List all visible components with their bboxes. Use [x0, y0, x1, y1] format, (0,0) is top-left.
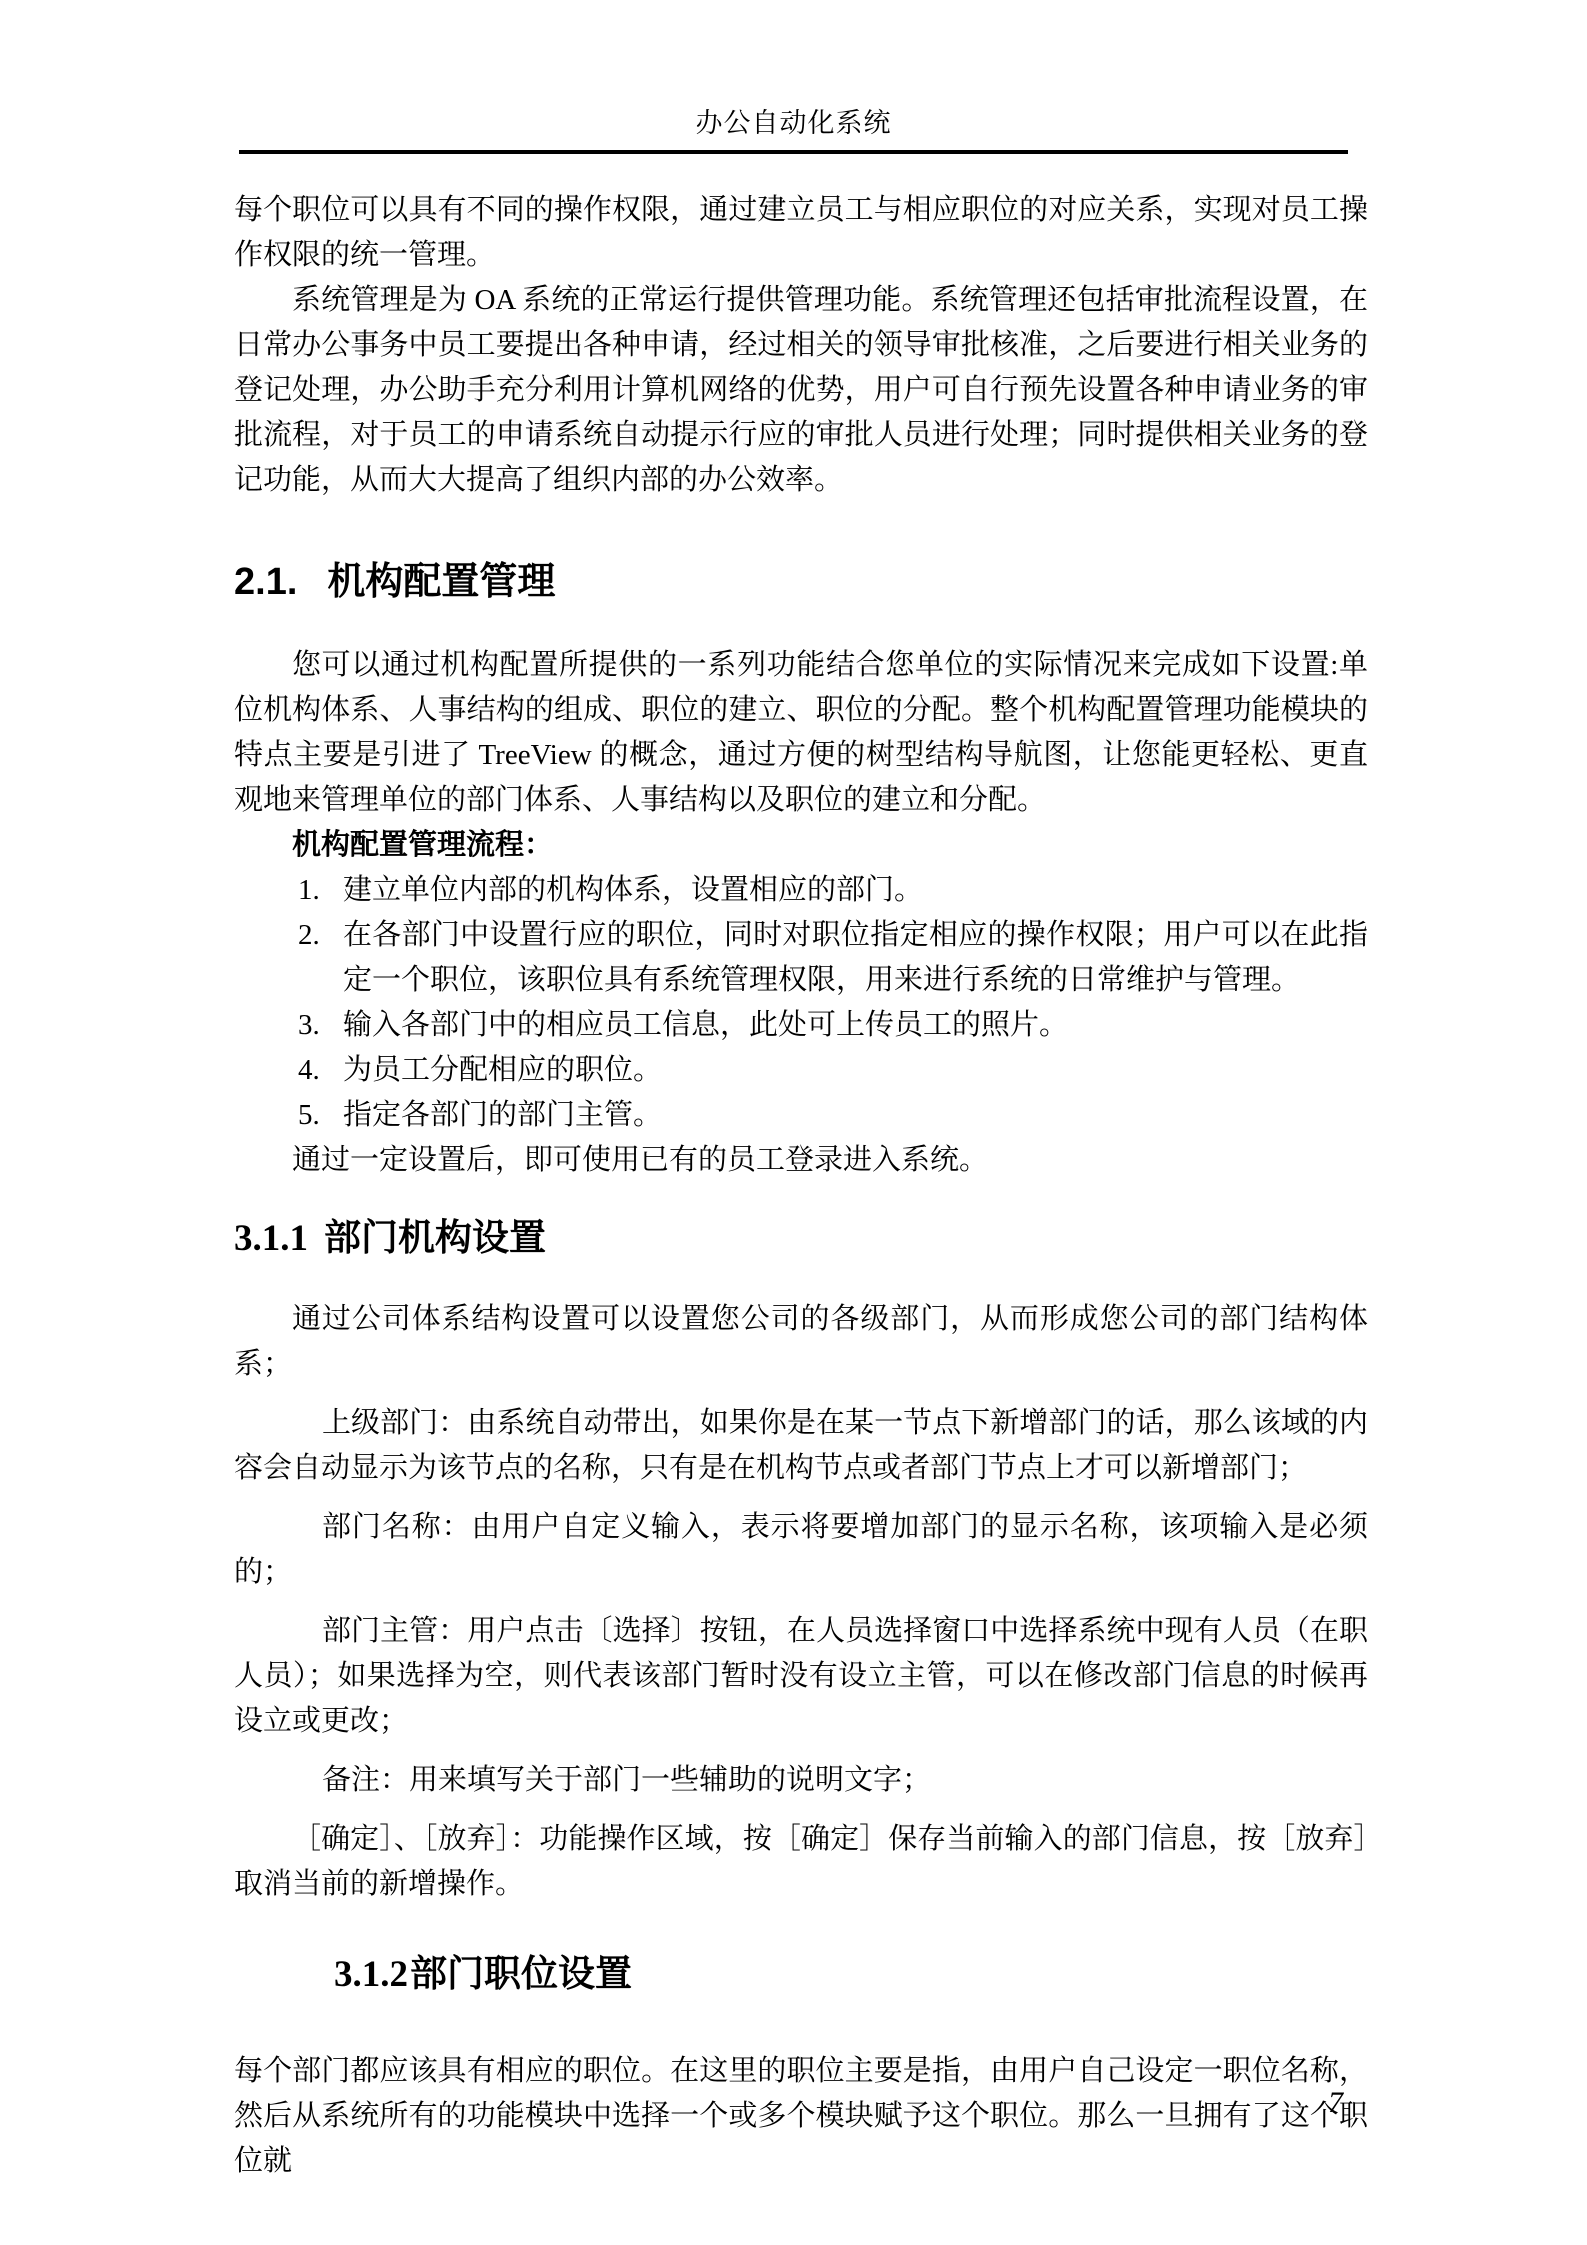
step-text: 在各部门中设置行应的职位，同时对职位指定相应的操作权限；用户可以在此指定一个职位…: [343, 913, 1368, 1003]
document-page: 办公自动化系统 每个职位可以具有不同的操作权限，通过建立员工与相应职位的对应关系…: [0, 0, 1587, 2245]
step-text: 指定各部门的部门主管。: [343, 1093, 1368, 1138]
process-step-3: 3. 输入各部门中的相应员工信息，此处可上传员工的照片。: [234, 1003, 1368, 1048]
step-number: 2.: [298, 913, 343, 1003]
process-step-1: 1. 建立单位内部的机构体系，设置相应的部门。: [234, 868, 1368, 913]
section-2-1-number: 2.1.: [234, 561, 297, 603]
header-title: 办公自动化系统: [696, 108, 892, 138]
process-step-2: 2. 在各部门中设置行应的职位，同时对职位指定相应的操作权限；用户可以在此指定一…: [234, 913, 1368, 1003]
section-3-1-2-heading: 3.1.2部门职位设置: [334, 1947, 1368, 2003]
section-3-1-1-title: 部门机构设置: [324, 1218, 546, 1259]
section-2-1-paragraph: 您可以通过机构配置所提供的一系列功能结合您单位的实际情况来完成如下设置:单位机构…: [234, 643, 1368, 823]
step-text: 输入各部门中的相应员工信息，此处可上传员工的照片。: [343, 1003, 1368, 1048]
field-remark: 备注：用来填写关于部门一些辅助的说明文字；: [234, 1758, 1368, 1803]
process-flow-label: 机构配置管理流程：: [234, 823, 1368, 868]
section-2-1-closing: 通过一定设置后，即可使用已有的员工登录进入系统。: [234, 1138, 1368, 1183]
section-3-1-2-paragraph: 每个部门都应该具有相应的职位。在这里的职位主要是指，由用户自己设定一职位名称，然…: [234, 2049, 1368, 2184]
intro-paragraph-2: 系统管理是为 OA 系统的正常运行提供管理功能。系统管理还包括审批流程设置，在日…: [234, 278, 1368, 503]
step-number: 3.: [298, 1003, 343, 1048]
page-header: 办公自动化系统: [239, 108, 1348, 154]
step-text: 建立单位内部的机构体系，设置相应的部门。: [343, 868, 1368, 913]
field-parent-department: 上级部门：由系统自动带出，如果你是在某一节点下新增部门的话，那么该域的内容会自动…: [234, 1401, 1368, 1491]
section-2-1-heading: 2.1.机构配置管理: [234, 553, 1368, 611]
section-2-1-title: 机构配置管理: [327, 561, 555, 603]
process-step-4: 4. 为员工分配相应的职位。: [234, 1048, 1368, 1093]
step-text: 为员工分配相应的职位。: [343, 1048, 1368, 1093]
step-number: 5.: [298, 1093, 343, 1138]
step-number: 4.: [298, 1048, 343, 1093]
process-steps-list: 1. 建立单位内部的机构体系，设置相应的部门。 2. 在各部门中设置行应的职位，…: [234, 868, 1368, 1138]
section-3-1-1-paragraph: 通过公司体系结构设置可以设置您公司的各级部门，从而形成您公司的部门结构体系；: [234, 1297, 1368, 1387]
section-3-1-1-heading: 3.1.1部门机构设置: [234, 1211, 1368, 1267]
process-step-5: 5. 指定各部门的部门主管。: [234, 1093, 1368, 1138]
section-3-1-2-number: 3.1.2: [334, 1954, 408, 1995]
buttons-description-paragraph: ［确定］、［放弃］：功能操作区域，按［确定］保存当前输入的部门信息，按［放弃］取…: [234, 1817, 1368, 1907]
field-department-name: 部门名称：由用户自定义输入，表示将要增加部门的显示名称，该项输入是必须的；: [234, 1505, 1368, 1595]
step-number: 1.: [298, 868, 343, 913]
field-department-manager: 部门主管：用户点击〔选择〕按钮，在人员选择窗口中选择系统中现有人员（在职人员）；…: [234, 1609, 1368, 1744]
page-body: 每个职位可以具有不同的操作权限，通过建立员工与相应职位的对应关系，实现对员工操作…: [234, 188, 1368, 2184]
section-3-1-1-number: 3.1.1: [234, 1218, 308, 1259]
section-3-1-2-title: 部门职位设置: [410, 1954, 632, 1995]
intro-paragraph-1: 每个职位可以具有不同的操作权限，通过建立员工与相应职位的对应关系，实现对员工操作…: [234, 188, 1368, 278]
page-number: 7: [1328, 2086, 1343, 2120]
